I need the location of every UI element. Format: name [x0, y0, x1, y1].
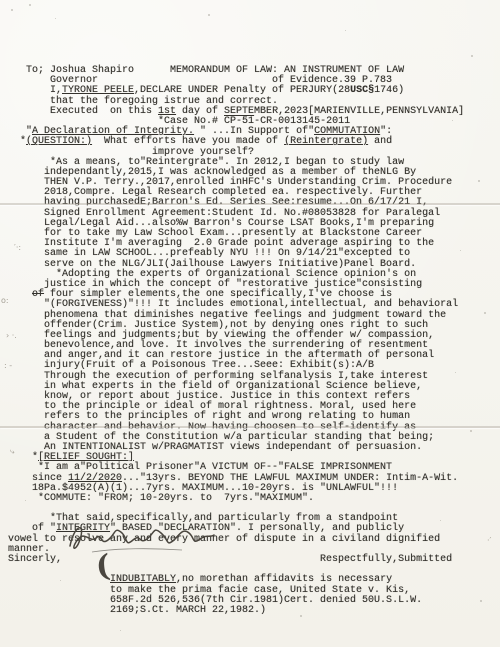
paper-fold-line: [0, 203, 500, 205]
scan-speck: [29, 4, 31, 6]
scan-speck: [471, 55, 473, 57]
handwritten-paren-mark: (: [94, 551, 111, 582]
margin-pen-mark: ′·:: [14, 243, 21, 252]
scan-speck: [25, 500, 26, 501]
scanned-letter-page: To; Joshua Shapiro MEMORANDUM OF LAW: AN…: [0, 0, 500, 647]
scan-speck: [460, 250, 461, 251]
margin-pen-mark: ⤷: [10, 447, 14, 457]
scan-speck: [345, 30, 346, 31]
margin-pen-mark: ·′: [487, 536, 491, 545]
scan-speck: [480, 600, 482, 602]
paper-fold-line: [0, 426, 500, 428]
scan-speck: [484, 312, 486, 314]
scan-speck: [452, 120, 453, 121]
margin-pen-mark: o:: [1, 296, 9, 305]
scan-speck: [55, 18, 56, 19]
scan-speck: [478, 180, 480, 182]
scan-speck: [60, 580, 61, 581]
text-line: *COMMUTE: "FROM; 10-20yrs. to 7yrs."MAXI…: [8, 494, 500, 504]
text-line: 2169;S.Ct. MARCH 22,1982.): [8, 606, 500, 616]
scan-speck: [455, 372, 456, 373]
margin-pen-mark: › ·.: [6, 331, 17, 340]
scan-speck: [440, 520, 441, 521]
scan-speck: [11, 9, 13, 11]
handwritten-signature: [62, 514, 232, 560]
scan-speck: [208, 14, 210, 16]
scan-speck: [300, 615, 302, 617]
scan-speck: [120, 630, 121, 631]
margin-pen-mark: : -: [4, 361, 12, 370]
scan-speck: [470, 430, 472, 432]
